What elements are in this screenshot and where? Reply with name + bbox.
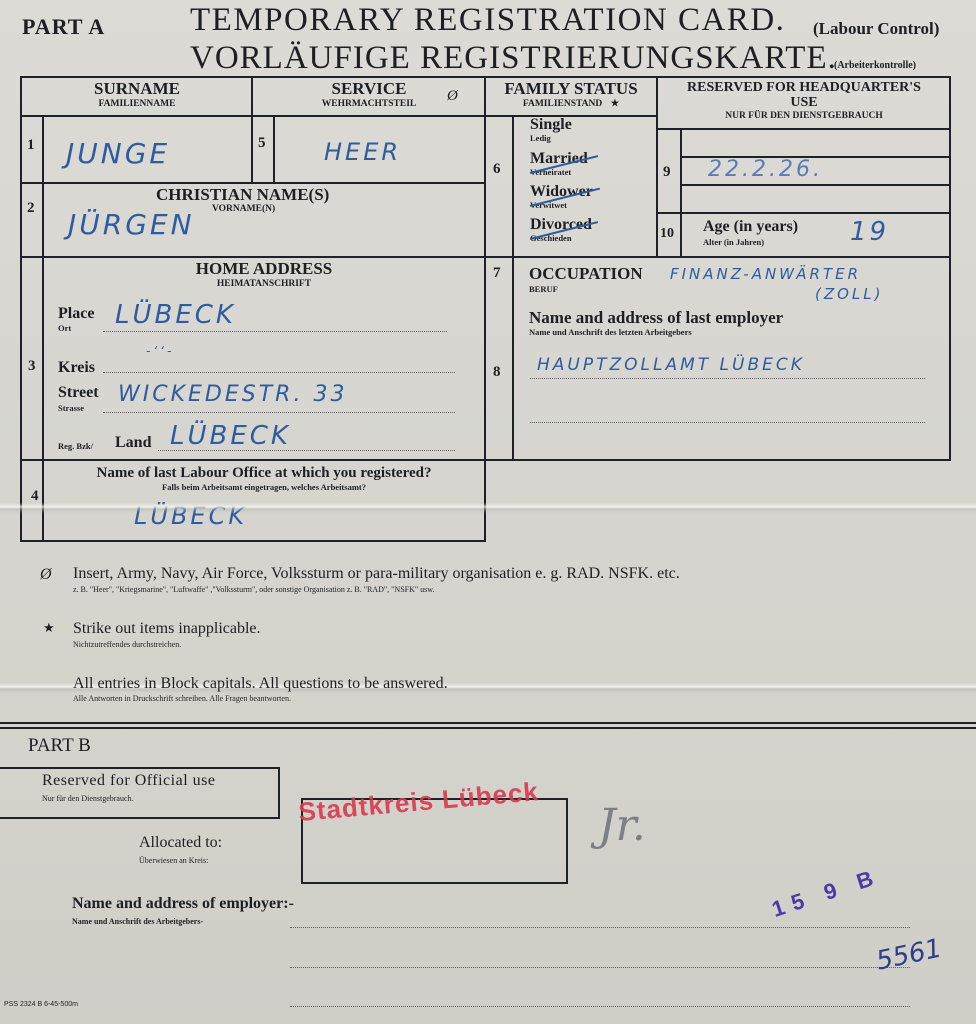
reserved-date-value[interactable]: 22.2.26. xyxy=(708,157,823,182)
handwritten-number: 5561 xyxy=(874,933,945,976)
field-number-9: 9 xyxy=(663,164,671,181)
street-label: Street xyxy=(58,384,99,402)
occupation-label: OCCUPATION xyxy=(529,264,643,284)
age-label: Age (in years) xyxy=(703,218,798,236)
field-number-7: 7 xyxy=(493,265,501,282)
occupation-value-2[interactable]: (ZOLL) xyxy=(815,285,884,303)
part-separator xyxy=(0,722,976,724)
employer-label-de: Name und Anschrift des Arbeitgebers- xyxy=(72,917,203,926)
last-employer-value[interactable]: HAUPTZOLLAMT LÜBECK xyxy=(537,355,805,375)
christian-names-value[interactable]: JÜRGEN xyxy=(68,208,195,241)
last-employer-label: Name and address of last employer xyxy=(529,308,783,328)
street-label-de: Strasse xyxy=(58,403,84,413)
title-english: TEMPORARY REGISTRATION CARD. xyxy=(190,2,785,39)
part-b-label: PART B xyxy=(28,735,91,757)
christian-names-label: CHRISTIAN NAME(S) xyxy=(156,185,329,205)
subtitle-german: (Arbeiterkontrolle) xyxy=(834,60,916,71)
reserved-header: RESERVED FOR HEADQUARTER'S USE NUR FÜR D… xyxy=(658,80,950,122)
family-status-header: FAMILY STATUS FAMILIENSTAND ★ xyxy=(486,80,656,110)
option-widower[interactable]: Widower Verwitwet xyxy=(530,183,655,216)
field-number-2: 2 xyxy=(27,200,35,217)
star-marker-icon: ★ xyxy=(611,99,620,109)
note-2-text: Strike out items inapplicable. xyxy=(73,620,261,638)
allocated-to-label: Allocated to: xyxy=(139,834,222,852)
field-number-5: 5 xyxy=(258,135,266,152)
christian-names-label-de: VORNAME(N) xyxy=(212,204,275,214)
age-value[interactable]: 19 xyxy=(850,217,889,247)
note-1-text: Insert, Army, Navy, Air Force, Volksstur… xyxy=(73,565,680,583)
reserved-label-use: USE xyxy=(658,95,950,110)
surname-label-de: FAMILIENNAME xyxy=(22,98,252,110)
street-value[interactable]: WICKEDESTR. 33 xyxy=(118,382,347,407)
family-status-label: FAMILY STATUS xyxy=(486,80,656,98)
official-use-label: Reserved for Official use xyxy=(42,772,215,790)
surname-label: SURNAME xyxy=(22,80,252,98)
reg-bzk-label: Reg. Bzk/ xyxy=(58,441,93,451)
kreis-value[interactable]: -‘‘- xyxy=(146,344,174,358)
place-value[interactable]: LÜBECK xyxy=(115,300,236,330)
note-2-text-de: Nichtzutreffendes durchstreichen. xyxy=(73,640,181,649)
field-number-6: 6 xyxy=(493,161,501,178)
reserved-label-de: NUR FÜR DEN DIENSTGEBRAUCH xyxy=(658,110,950,122)
signature: Jr. xyxy=(598,800,646,851)
allocated-to-label-de: Überwiesen an Kreis: xyxy=(139,856,208,865)
land-value[interactable]: LÜBECK xyxy=(170,421,291,451)
surname-value[interactable]: JUNGE xyxy=(66,137,170,170)
note-3-text: All entries in Block capitals. All quest… xyxy=(73,675,448,693)
option-divorced[interactable]: Divorced Geschieden xyxy=(530,216,655,249)
service-value[interactable]: HEER xyxy=(324,138,401,166)
reserved-label: RESERVED FOR HEADQUARTER'S xyxy=(658,80,950,95)
violet-number-stamp: 15 9 B xyxy=(769,863,884,923)
subtitle-english: (Labour Control) xyxy=(813,19,939,39)
field-number-3: 3 xyxy=(28,358,36,375)
field-number-10: 10 xyxy=(660,226,674,242)
title-german: VORLÄUFIGE REGISTRIERUNGSKARTE. xyxy=(190,40,837,77)
occupation-label-de: BERUF xyxy=(529,284,558,294)
part-a-label: PART A xyxy=(22,14,105,40)
place-label: Place xyxy=(58,305,94,323)
kreis-label: Kreis xyxy=(58,359,95,377)
service-footnote-marker: Ø xyxy=(447,88,458,105)
family-status-label-de: FAMILIENSTAND xyxy=(523,99,602,109)
family-status-options: Single Ledig Married Verheiratet Widower… xyxy=(530,116,655,249)
home-address-header: HOME ADDRESS HEIMATANSCHRIFT xyxy=(44,260,484,290)
official-use-label-de: Nur für den Dienstgebrauch. xyxy=(42,794,134,803)
paper-crease xyxy=(0,503,976,513)
age-label-de: Alter (in Jahren) xyxy=(703,237,764,247)
occupation-value[interactable]: FINANZ-ANWÄRTER xyxy=(670,265,861,283)
option-married[interactable]: Married Verheiratet xyxy=(530,150,655,183)
employer-label: Name and address of employer:- xyxy=(72,895,294,913)
note-1-text-de: z. B. "Heer", "Kriegsmarine", "Luftwaffe… xyxy=(73,585,435,594)
place-label-de: Ort xyxy=(58,323,71,333)
field-number-8: 8 xyxy=(493,364,501,381)
last-employer-label-de: Name und Anschrift des letzten Arbeitgeb… xyxy=(529,327,692,337)
land-label: Land xyxy=(115,434,151,452)
note-3-text-de: Alle Antworten in Druckschrift schreiben… xyxy=(73,694,291,703)
surname-header: SURNAME FAMILIENNAME xyxy=(22,80,252,110)
note-marker-null-icon: Ø xyxy=(40,566,52,584)
labour-office-header: Name of last Labour Office at which you … xyxy=(44,465,484,493)
form-code: PSS 2324 B 6-45-500m xyxy=(4,1001,78,1008)
field-number-1: 1 xyxy=(27,137,35,154)
note-marker-star-icon: ★ xyxy=(43,620,55,636)
option-single[interactable]: Single Ledig xyxy=(530,116,655,150)
